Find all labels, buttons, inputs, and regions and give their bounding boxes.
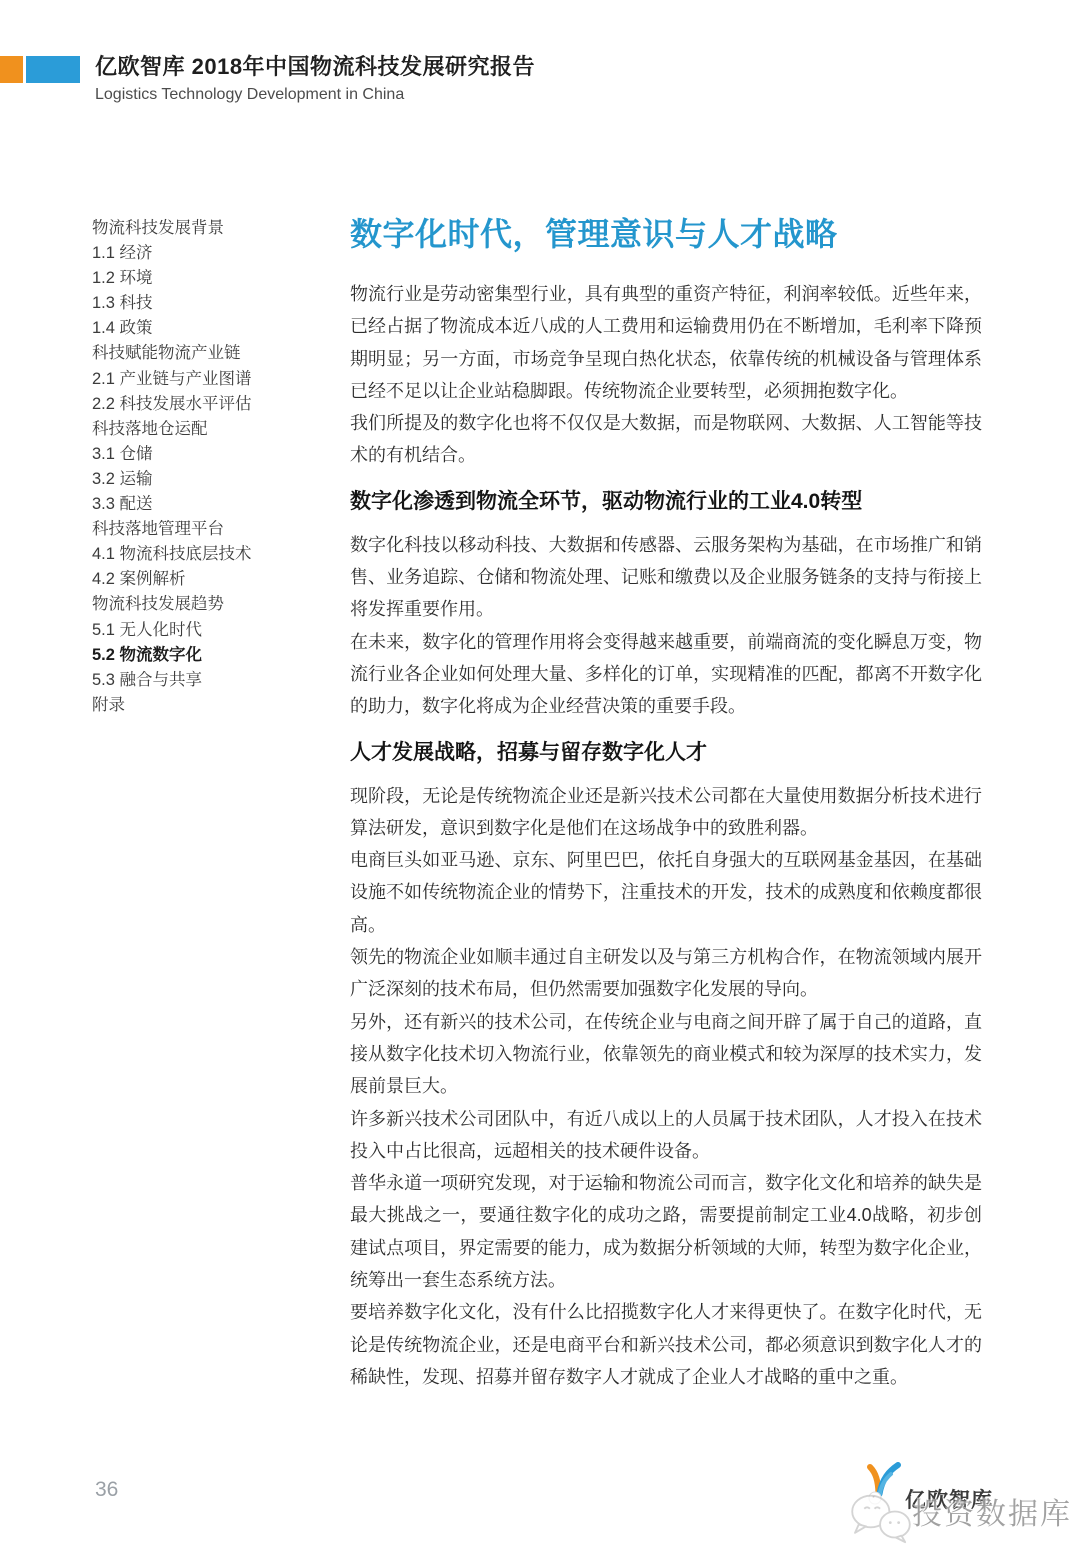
- toc-item-1-2[interactable]: 1.2 环境: [92, 266, 342, 291]
- toc-item-chapter-5[interactable]: 物流科技发展趋势: [92, 592, 342, 617]
- watermark-text: 投资数据库: [912, 1489, 1072, 1533]
- section-2-paragraph-7: 要培养数字化文化，没有什么比招揽数字化人才来得更快了。在数字化时代，无论是传统物…: [350, 1296, 982, 1393]
- section-1-paragraph-1: 数字化科技以移动科技、大数据和传感器、云服务架构为基础，在市场推广和销售、业务追…: [350, 529, 982, 626]
- report-title: 亿欧智库 2018年中国物流科技发展研究报告: [95, 50, 535, 81]
- toc-item-4-2[interactable]: 4.2 案例解析: [92, 567, 342, 592]
- section-2-paragraph-6: 普华永道一项研究发现，对于运输和物流公司而言，数字化文化和培养的缺失是最大挑战之…: [350, 1167, 982, 1296]
- toc-item-5-2-current[interactable]: 5.2 物流数字化: [92, 643, 342, 668]
- toc-item-1-3[interactable]: 1.3 科技: [92, 291, 342, 316]
- section-1-paragraph-2: 在未来，数字化的管理作用将会变得越来越重要，前端商流的变化瞬息万变，物流行业各企…: [350, 626, 982, 723]
- toc-item-3-1[interactable]: 3.1 仓储: [92, 442, 342, 467]
- toc-item-4-1[interactable]: 4.1 物流科技底层技术: [92, 542, 342, 567]
- section-2-paragraph-5: 许多新兴技术公司团队中，有近八成以上的人员属于技术团队，人才投入在技术投入中占比…: [350, 1103, 982, 1168]
- page-title: 数字化时代，管理意识与人才战略: [350, 211, 982, 257]
- toc-item-5-3[interactable]: 5.3 融合与共享: [92, 668, 342, 693]
- toc-item-chapter-3[interactable]: 科技落地仓运配: [92, 417, 342, 442]
- section-2-paragraph-2: 电商巨头如亚马逊、京东、阿里巴巴，依托自身强大的互联网基金基因，在基础设施不如传…: [350, 844, 982, 941]
- watermark-chat-bubbles-icon: [845, 1492, 917, 1544]
- toc-item-5-1[interactable]: 5.1 无人化时代: [92, 618, 342, 643]
- report-page: 亿欧智库 2018年中国物流科技发展研究报告 Logistics Technol…: [0, 0, 1080, 1560]
- brand-orange-square: [0, 56, 23, 83]
- toc-item-3-3[interactable]: 3.3 配送: [92, 492, 342, 517]
- toc-item-background[interactable]: 物流科技发展背景: [92, 216, 342, 241]
- toc-item-appendix[interactable]: 附录: [92, 693, 342, 718]
- section-heading-2: 人才发展战略，招募与留存数字化人才: [350, 738, 982, 768]
- section-2-paragraph-1: 现阶段，无论是传统物流企业还是新兴技术公司都在大量使用数据分析技术进行算法研发，…: [350, 780, 982, 845]
- toc-item-2-2[interactable]: 2.2 科技发展水平评估: [92, 392, 342, 417]
- brand-blue-square: [26, 56, 80, 83]
- toc-item-chapter-4[interactable]: 科技落地管理平台: [92, 517, 342, 542]
- toc-item-2-1[interactable]: 2.1 产业链与产业图谱: [92, 367, 342, 392]
- toc-item-3-2[interactable]: 3.2 运输: [92, 467, 342, 492]
- article: 数字化时代，管理意识与人才战略 物流行业是劳动密集型行业，具有典型的重资产特征，…: [350, 211, 982, 1393]
- intro-paragraph-2: 我们所提及的数字化也将不仅仅是大数据，而是物联网、大数据、人工智能等技术的有机结…: [350, 407, 982, 472]
- section-heading-1: 数字化渗透到物流全环节，驱动物流行业的工业4.0转型: [350, 487, 982, 517]
- section-2-paragraph-3: 领先的物流企业如顺丰通过自主研发以及与第三方机构合作，在物流领域内展开广泛深刻的…: [350, 941, 982, 1006]
- page-number: 36: [95, 1478, 118, 1502]
- table-of-contents: 物流科技发展背景 1.1 经济 1.2 环境 1.3 科技 1.4 政策 科技赋…: [92, 216, 342, 718]
- toc-item-1-1[interactable]: 1.1 经济: [92, 241, 342, 266]
- toc-item-chapter-2[interactable]: 科技赋能物流产业链: [92, 341, 342, 366]
- report-subtitle: Logistics Technology Development in Chin…: [95, 86, 404, 104]
- section-2-paragraph-4: 另外，还有新兴的技术公司，在传统企业与电商之间开辟了属于自己的道路，直接从数字化…: [350, 1006, 982, 1103]
- toc-item-1-4[interactable]: 1.4 政策: [92, 316, 342, 341]
- intro-paragraph-1: 物流行业是劳动密集型行业，具有典型的重资产特征，利润率较低。近些年来，已经占据了…: [350, 278, 982, 407]
